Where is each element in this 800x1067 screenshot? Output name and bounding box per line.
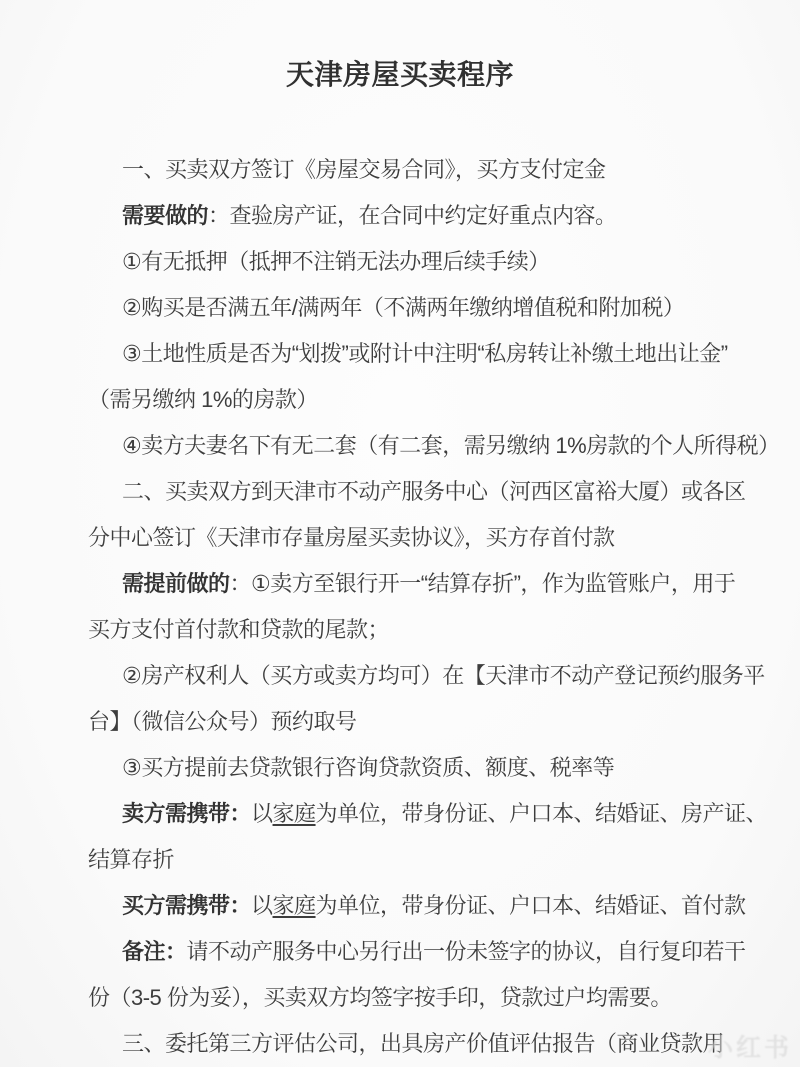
- doc-line-prep: 需提前做的：①卖方至银行开一“结算存折”，作为监管账户，用于: [88, 561, 780, 607]
- underlined-text: 家庭: [273, 893, 316, 918]
- doc-line-item1: ①有无抵押（抵押不注销无法办理后续手续）: [88, 239, 780, 285]
- doc-line-item4: ④卖方夫妻名下有无二套（有二套，需另缴纳 1%房款的个人所得税）: [88, 423, 780, 469]
- doc-body: 一、买卖双方签订《房屋交易合同》，买方支付定金 需要做的：查验房产证，在合同中约…: [88, 147, 780, 1067]
- doc-line-item3-cont: （需另缴纳 1%的房款）: [88, 377, 780, 423]
- bold-label: 需提前做的: [122, 571, 230, 596]
- line-text: 请不动产服务中心另行出一份未签字的协议，自行复印若干: [187, 939, 746, 964]
- document-page: 天津房屋买卖程序 一、买卖双方签订《房屋交易合同》，买方支付定金 需要做的：查验…: [0, 0, 800, 1067]
- watermark: 小红书: [708, 1028, 792, 1064]
- doc-line-prep2: ②房产权利人（买方或卖方均可）在【天津市不动产登记预约服务平: [88, 653, 780, 699]
- line-text: ：查验房产证，在合同中约定好重点内容。: [208, 203, 617, 228]
- line-text: 二、买卖双方到天津市不动产服务中心（河西区富裕大厦）或各区: [122, 479, 746, 504]
- doc-line-prep2-cont: 台】（微信公众号）预约取号: [88, 699, 780, 745]
- line-text: 以: [251, 801, 273, 826]
- doc-line-todo: 需要做的：查验房产证，在合同中约定好重点内容。: [88, 193, 780, 239]
- line-text: 为单位，带身份证、户口本、结婚证、首付款: [316, 893, 746, 918]
- line-text: （需另缴纳 1%的房款）: [88, 387, 318, 412]
- line-text: ③土地性质是否为“划拨”或附计中注明“私房转让补缴土地出让金”: [122, 341, 728, 366]
- doc-line-note-cont: 份（3-5 份为妥），买卖双方均签字按手印，贷款过户均需要。: [88, 975, 780, 1021]
- bold-label: 买方需携带：: [122, 893, 251, 918]
- line-text: ④卖方夫妻名下有无二套（有二套，需另缴纳 1%房款的个人所得税）: [122, 433, 780, 458]
- doc-line-step1: 一、买卖双方签订《房屋交易合同》，买方支付定金: [88, 147, 780, 193]
- doc-line-step2-cont: 分中心签订《天津市存量房屋买卖协议》，买方存首付款: [88, 515, 780, 561]
- line-text: 为单位，带身份证、户口本、结婚证、房产证、: [316, 801, 768, 826]
- doc-line-step3: 三、委托第三方评估公司，出具房产价值评估报告（商业贷款用: [88, 1021, 780, 1067]
- doc-line-seller-bring: 卖方需携带：以家庭为单位，带身份证、户口本、结婚证、房产证、: [88, 791, 780, 837]
- line-text: 一、买卖双方签订《房屋交易合同》，买方支付定金: [122, 157, 606, 182]
- underlined-text: 家庭: [273, 801, 316, 826]
- doc-line-prep-cont: 买方支付首付款和贷款的尾款；: [88, 607, 780, 653]
- bold-label: 备注：: [122, 939, 187, 964]
- doc-line-seller-bring-cont: 结算存折: [88, 837, 780, 883]
- doc-title: 天津房屋买卖程序: [0, 52, 800, 98]
- line-text: 分中心签订《天津市存量房屋买卖协议》，买方存首付款: [88, 525, 615, 550]
- doc-line-step2: 二、买卖双方到天津市不动产服务中心（河西区富裕大厦）或各区: [88, 469, 780, 515]
- line-text: 份（3-5 份为妥），买卖双方均签字按手印，贷款过户均需要。: [88, 985, 672, 1010]
- doc-line-buyer-bring: 买方需携带：以家庭为单位，带身份证、户口本、结婚证、首付款: [88, 883, 780, 929]
- line-text: ②房产权利人（买方或卖方均可）在【天津市不动产登记预约服务平: [122, 663, 765, 688]
- line-text: ③买方提前去贷款银行咨询贷款资质、额度、税率等: [122, 755, 614, 780]
- doc-line-prep3: ③买方提前去贷款银行咨询贷款资质、额度、税率等: [88, 745, 780, 791]
- line-text: 买方支付首付款和贷款的尾款；: [88, 617, 389, 642]
- line-text: ②购买是否满五年/满两年（不满两年缴纳增值税和附加税）: [122, 295, 684, 320]
- bold-label: 卖方需携带：: [122, 801, 251, 826]
- line-text: ：①卖方至银行开一“结算存折”，作为监管账户，用于: [230, 571, 736, 596]
- bold-label: 需要做的: [122, 203, 208, 228]
- line-text: 以: [251, 893, 273, 918]
- line-text: 结算存折: [88, 847, 174, 872]
- doc-line-item3: ③土地性质是否为“划拨”或附计中注明“私房转让补缴土地出让金”: [88, 331, 780, 377]
- line-text: 三、委托第三方评估公司，出具房产价值评估报告（商业贷款用: [122, 1031, 724, 1056]
- line-text: ①有无抵押（抵押不注销无法办理后续手续）: [122, 249, 550, 274]
- line-text: 台】（微信公众号）预约取号: [88, 709, 357, 734]
- doc-line-note: 备注：请不动产服务中心另行出一份未签字的协议，自行复印若干: [88, 929, 780, 975]
- doc-line-item2: ②购买是否满五年/满两年（不满两年缴纳增值税和附加税）: [88, 285, 780, 331]
